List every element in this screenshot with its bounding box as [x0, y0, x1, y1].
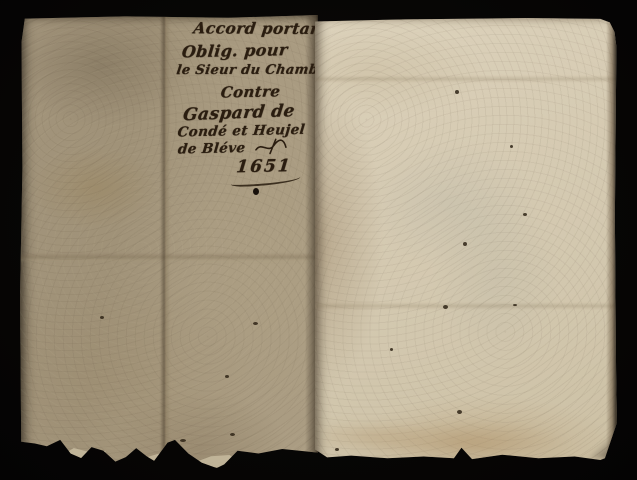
- ink-speck: [225, 375, 229, 378]
- horizontal-crease: [315, 76, 617, 82]
- clipped-corner-shadow: [581, 428, 615, 458]
- ink-speck: [457, 410, 462, 414]
- folded-cover-sheet: Accord portant Oblig. pour le Sieur du C…: [20, 15, 318, 468]
- handwritten-line: Contre: [220, 82, 281, 101]
- handwritten-line: Accord portant: [192, 18, 330, 38]
- paper-grain-texture: [315, 18, 617, 460]
- ink-speck: [510, 145, 513, 148]
- ink-speck: [513, 304, 517, 306]
- handwritten-line: Oblig. pour: [181, 40, 289, 61]
- ink-speck: [100, 316, 104, 319]
- vertical-fold-crease: [160, 15, 170, 468]
- page-edge-shadow: [606, 18, 617, 460]
- ink-speck: [335, 448, 339, 451]
- ink-speck: [443, 305, 448, 309]
- ink-speck: [180, 439, 186, 442]
- ink-speck: [230, 433, 235, 436]
- manuscript-scan: Accord portant Oblig. pour le Sieur du C…: [0, 0, 637, 480]
- handwritten-line: de Bléve: [177, 140, 246, 157]
- ink-speck: [390, 348, 393, 351]
- handwritten-line: le Sieur du Chambay: [175, 62, 336, 78]
- ink-speck: [253, 322, 258, 325]
- blank-verso-page: [315, 18, 617, 460]
- water-stain: [325, 400, 605, 452]
- horizontal-crease: [315, 303, 617, 309]
- paraph-flourish: [254, 137, 288, 156]
- handwritten-title-block: Accord portant Oblig. pour le Sieur du C…: [173, 16, 319, 194]
- ink-speck: [463, 242, 467, 246]
- handwritten-date: 1651: [235, 156, 292, 177]
- ink-speck: [455, 90, 459, 94]
- ink-speck: [523, 213, 527, 216]
